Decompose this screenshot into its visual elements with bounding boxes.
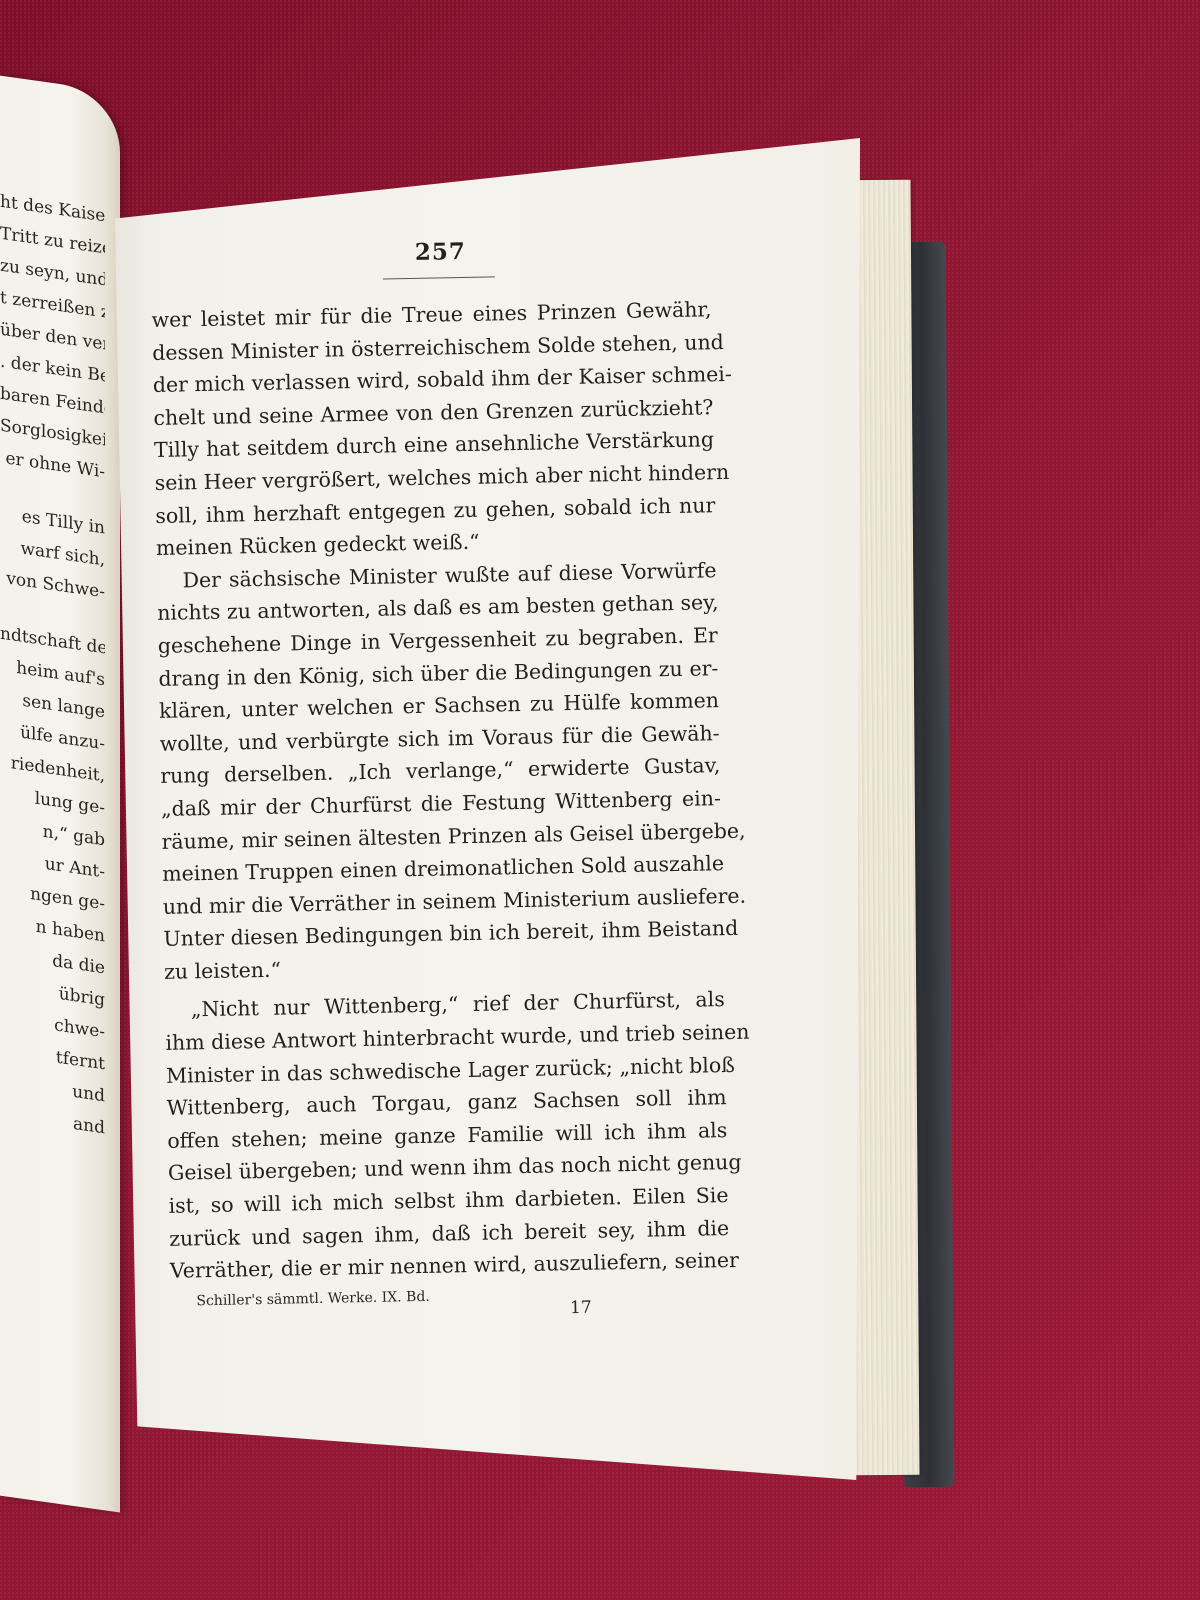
body-text: wer leistet mir für die Treue eines Prin… (151, 293, 730, 1287)
signature-number: 17 (570, 1298, 592, 1318)
paragraph: wer leistet mir für die Treue eines Prin… (151, 293, 716, 564)
paragraph: „Nicht nur Wittenberg,“ rief der Churfür… (165, 984, 731, 1288)
signature-title: Schiller's sämmtl. Werke. IX. Bd. (196, 1289, 430, 1325)
page-number: 257 (380, 237, 500, 266)
left-page-text: ht des Kaisers, Tritt zu reizen, zu seyn… (0, 186, 105, 1145)
book-photo: ht des Kaisers, Tritt zu reizen, zu seyn… (0, 0, 1200, 1600)
left-page: ht des Kaisers, Tritt zu reizen, zu seyn… (0, 70, 120, 1512)
paragraph: Der sächsische Minister wußte auf diese … (156, 554, 724, 988)
header-rule (383, 276, 495, 279)
right-page-content: 257 wer leistet mir für die Treue eines … (150, 227, 731, 1325)
